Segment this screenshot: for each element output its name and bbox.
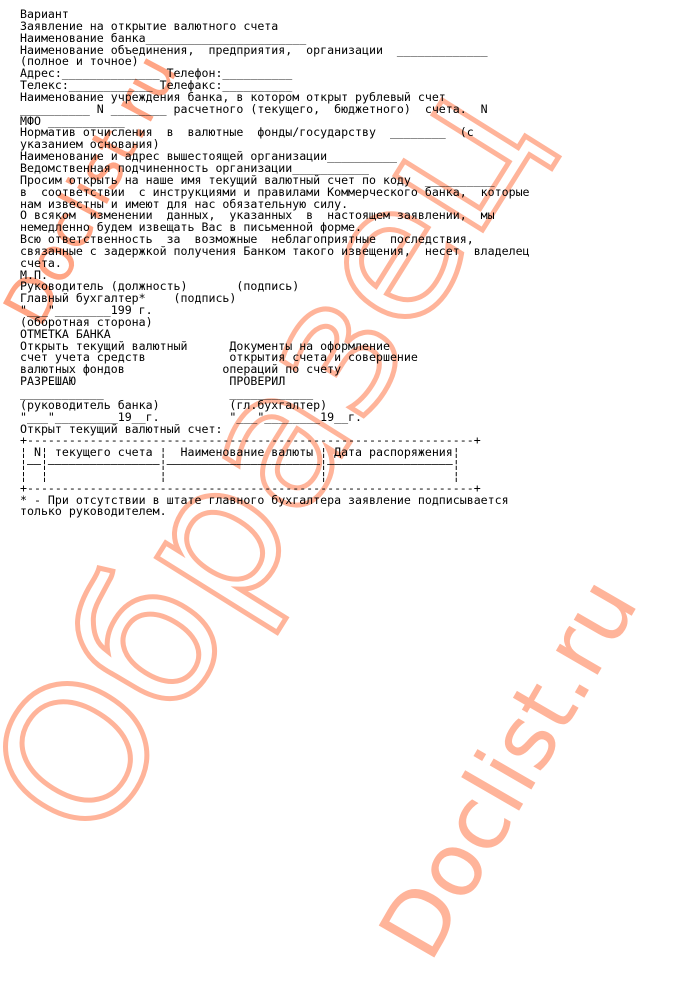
document-body: ВариантЗаявление на открытие валютного с… bbox=[20, 9, 530, 518]
watermark-bottom-right: Doclist.ru bbox=[359, 561, 658, 976]
document-line: счета. bbox=[20, 258, 530, 270]
document-line: только руководителем. bbox=[20, 506, 530, 518]
document-line: связанные с задержкой получения Банком т… bbox=[20, 246, 530, 258]
